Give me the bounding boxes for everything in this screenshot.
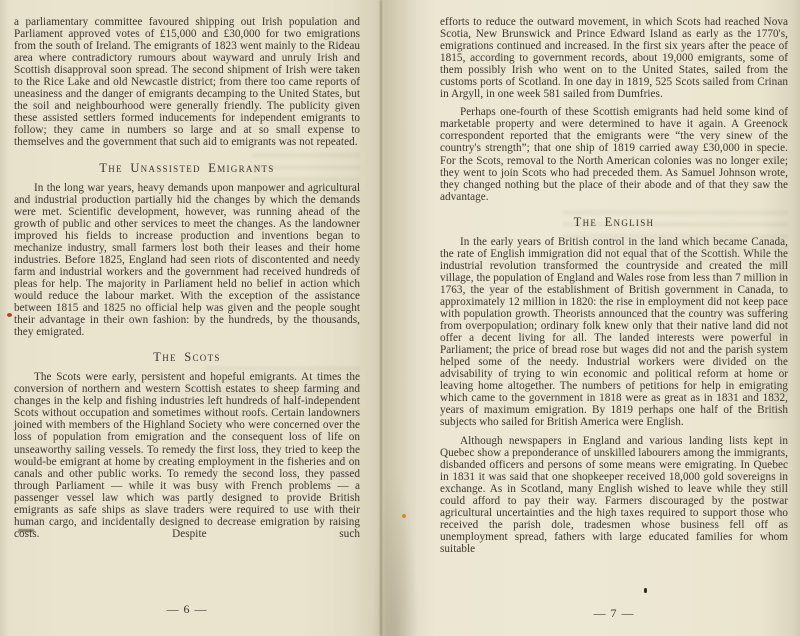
page-6: a parliamentary committee favoured shipp… [14,0,360,636]
paragraph: In the long war years, heavy demands upo… [14,182,360,339]
paragraph: In the early years of British control in… [440,236,788,429]
section-heading: The Scots [14,351,360,363]
paragraph: Although newspapers in England and vario… [440,435,788,555]
paragraph: The Scots were early, persistent and hop… [14,371,360,540]
gutter-shadow [372,470,418,636]
paragraph: a parliamentary committee favoured shipp… [14,16,360,149]
page-7-number: — 7 — [440,606,788,621]
page-6-number: — 6 — [14,602,360,617]
page-6-text-column: a parliamentary committee favoured shipp… [14,16,360,540]
paragraph: efforts to reduce the outward movement, … [440,16,788,100]
section-heading: The English [440,216,788,228]
page-7-text-column: efforts to reduce the outward movement, … [440,16,788,555]
paragraph: Perhaps one-fourth of these Scottish emi… [440,106,788,202]
page-7: efforts to reduce the outward movement, … [440,0,788,636]
section-heading: The Unassisted Emigrants [14,162,360,174]
